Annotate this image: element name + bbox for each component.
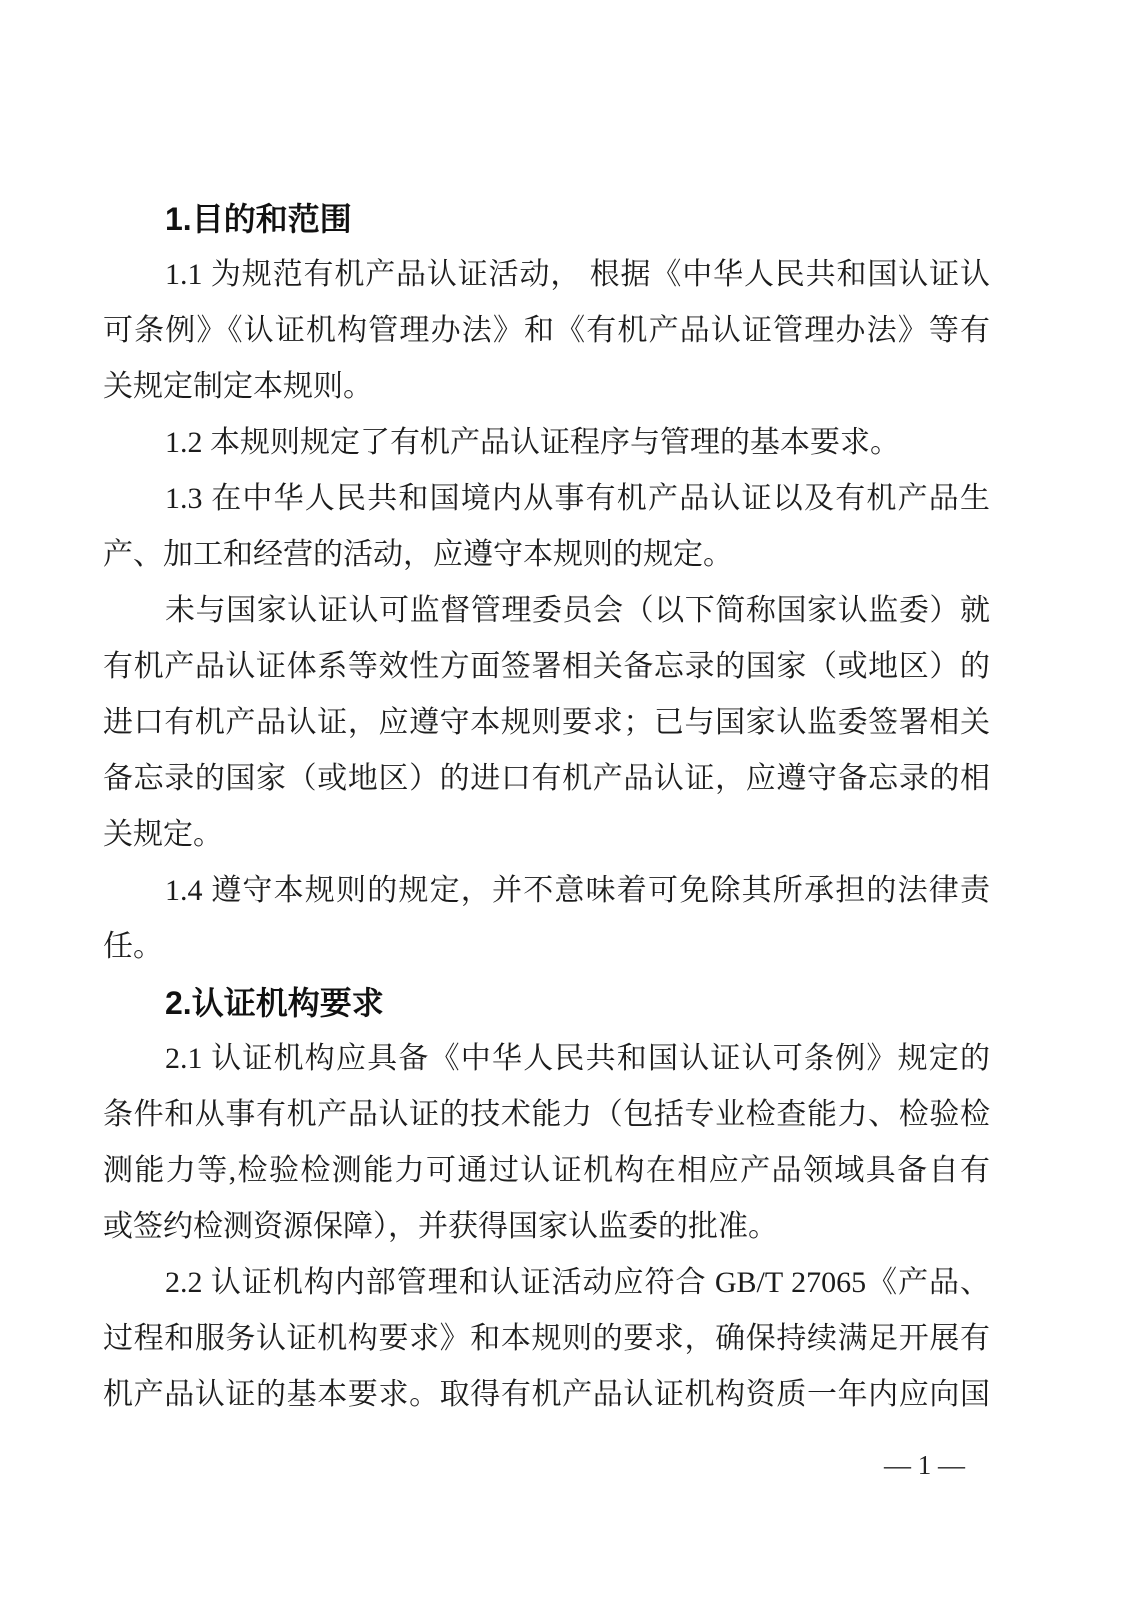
- para-import-line-1: 未与国家认证认可监督管理委员会（以下简称国家认监委）就: [103, 583, 990, 639]
- para-1-4-line-1: 1.4 遵守本规则的规定，并不意味着可免除其所承担的法律责: [103, 863, 990, 919]
- para-2-1-line-1: 2.1 认证机构应具备《中华人民共和国认证认可条例》规定的: [103, 1031, 990, 1087]
- para-1-3-line-1: 1.3 在中华人民共和国境内从事有机产品认证以及有机产品生: [103, 471, 990, 527]
- para-2-2-line-3: 机产品认证的基本要求。取得有机产品认证机构资质一年内应向国: [103, 1367, 990, 1423]
- page-number: — 1 —: [884, 1447, 965, 1483]
- para-1-1-line-1: 1.1 为规范有机产品认证活动， 根据《中华人民共和国认证认: [103, 247, 990, 303]
- para-2-1-line-4: 或签约检测资源保障），并获得国家认监委的批准。: [103, 1199, 990, 1255]
- para-1-2-line-1: 1.2 本规则规定了有机产品认证程序与管理的基本要求。: [103, 415, 990, 471]
- section-heading-2: 2.认证机构要求: [103, 975, 990, 1031]
- document-page: 1.目的和范围 1.1 为规范有机产品认证活动， 根据《中华人民共和国认证认 可…: [0, 0, 1131, 1600]
- para-import-line-4: 备忘录的国家（或地区）的进口有机产品认证，应遵守备忘录的相: [103, 751, 990, 807]
- para-2-2-line-1: 2.2 认证机构内部管理和认证活动应符合 GB/T 27065《产品、: [103, 1255, 990, 1311]
- para-import-line-2: 有机产品认证体系等效性方面签署相关备忘录的国家（或地区）的: [103, 639, 990, 695]
- para-2-1-line-2: 条件和从事有机产品认证的技术能力（包括专业检查能力、检验检: [103, 1087, 990, 1143]
- para-1-4-line-2: 任。: [103, 919, 990, 975]
- para-import-line-3: 进口有机产品认证，应遵守本规则要求；已与国家认监委签署相关: [103, 695, 990, 751]
- para-1-1-line-2: 可条例》《认证机构管理办法》和《有机产品认证管理办法》等有: [103, 303, 990, 359]
- para-1-3-line-2: 产、加工和经营的活动，应遵守本规则的规定。: [103, 527, 990, 583]
- para-1-1-line-3: 关规定制定本规则。: [103, 359, 990, 415]
- para-2-1-line-3: 测能力等,检验检测能力可通过认证机构在相应产品领域具备自有: [103, 1143, 990, 1199]
- section-heading-1: 1.目的和范围: [103, 191, 990, 247]
- document-body: 1.目的和范围 1.1 为规范有机产品认证活动， 根据《中华人民共和国认证认 可…: [103, 191, 990, 1423]
- para-2-2-line-2: 过程和服务认证机构要求》和本规则的要求，确保持续满足开展有: [103, 1311, 990, 1367]
- para-import-line-5: 关规定。: [103, 807, 990, 863]
